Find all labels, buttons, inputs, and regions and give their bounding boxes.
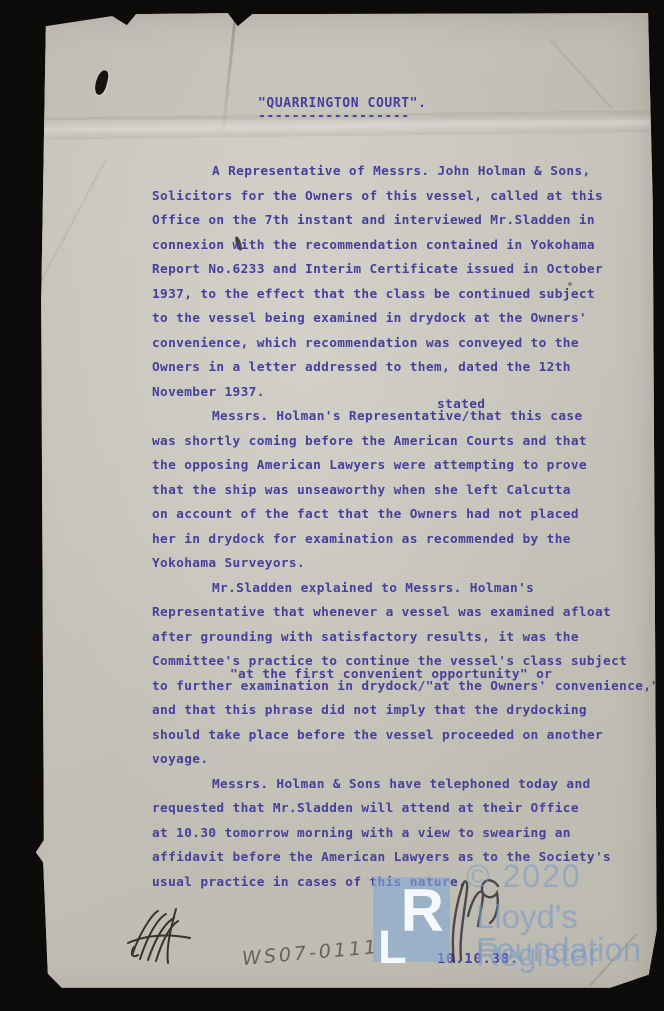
typed-line: after grounding with satisfactory result… bbox=[152, 626, 657, 651]
title-block: "QUARRINGTON COURT". ------------------ bbox=[258, 95, 427, 122]
typed-line: convenience, which recommendation was co… bbox=[152, 332, 657, 357]
typed-line: Office on the 7th instant and interviewe… bbox=[152, 209, 657, 234]
typed-line: Messrs. Holman & Sons have telephoned to… bbox=[152, 773, 657, 798]
typed-line: Messrs. Holman's Representative/that thi… bbox=[152, 405, 657, 430]
bottom-corner-fold-crease bbox=[589, 933, 637, 986]
typed-line: should take place before the vessel proc… bbox=[152, 724, 657, 749]
pencil-reference: WS07-0111 bbox=[241, 936, 380, 970]
typed-line: was shortly coming before the American C… bbox=[152, 430, 657, 455]
typed-line: her in drydock for examination as recomm… bbox=[152, 528, 657, 553]
document-body: A Representative of Messrs. John Holman … bbox=[152, 160, 657, 895]
typed-line: A Representative of Messrs. John Holman … bbox=[152, 160, 657, 185]
typed-line: connexion with the recommendation contai… bbox=[152, 234, 657, 259]
paragraph: Messrs. Holman & Sons have telephoned to… bbox=[152, 773, 657, 896]
typed-line: the opposing American Lawyers were attem… bbox=[152, 454, 657, 479]
typed-line: usual practice in cases of this nature. bbox=[152, 871, 657, 896]
paper-sheet: "QUARRINGTON COURT". ------------------ … bbox=[0, 0, 664, 1011]
signature-initials bbox=[440, 870, 512, 968]
typed-line: that the ship was unseaworthy when she l… bbox=[152, 479, 657, 504]
scan-background: "QUARRINGTON COURT". ------------------ … bbox=[0, 0, 664, 1011]
typed-line: requested that Mr.Sladden will attend at… bbox=[152, 797, 657, 822]
typed-line: Solicitors for the Owners of this vessel… bbox=[152, 185, 657, 210]
interlinear-insertion: stated bbox=[437, 393, 485, 418]
typed-line: at 10.30 tomorrow morning with a view to… bbox=[152, 822, 657, 847]
typed-line: November 1937. bbox=[152, 381, 657, 406]
paragraph: Messrs. Holman's Representative/that thi… bbox=[152, 405, 657, 577]
typed-line: to the vessel being examined in drydock … bbox=[152, 307, 657, 332]
paragraph: Mr.Sladden explained to Messrs. Holman's… bbox=[152, 577, 657, 773]
interlinear-insertion: "at the first convenient opportunity" or bbox=[230, 663, 552, 688]
typed-line: voyage. bbox=[152, 748, 657, 773]
paragraph: A Representative of Messrs. John Holman … bbox=[152, 160, 657, 405]
typed-line: to further examination in drydock/"at th… bbox=[152, 675, 657, 700]
typed-line: and that this phrase did not imply that … bbox=[152, 699, 657, 724]
typed-line: Owners in a letter addressed to them, da… bbox=[152, 356, 657, 381]
typed-line: Mr.Sladden explained to Messrs. Holman's bbox=[152, 577, 657, 602]
typed-line: 1937, to the effect that the class be co… bbox=[152, 283, 657, 308]
left-crease bbox=[35, 158, 107, 291]
title-underline: ------------------ bbox=[258, 112, 427, 122]
typed-line: Representative that whenever a vessel wa… bbox=[152, 601, 657, 626]
typed-line: Yokohama Surveyors. bbox=[152, 552, 657, 577]
typed-line: Report No.6233 and Interim Certificate i… bbox=[152, 258, 657, 283]
reviewer-initials-scribble bbox=[120, 903, 208, 967]
typed-line: on account of the fact that the Owners h… bbox=[152, 503, 657, 528]
typed-line: affidavit before the American Lawyers as… bbox=[152, 846, 657, 871]
